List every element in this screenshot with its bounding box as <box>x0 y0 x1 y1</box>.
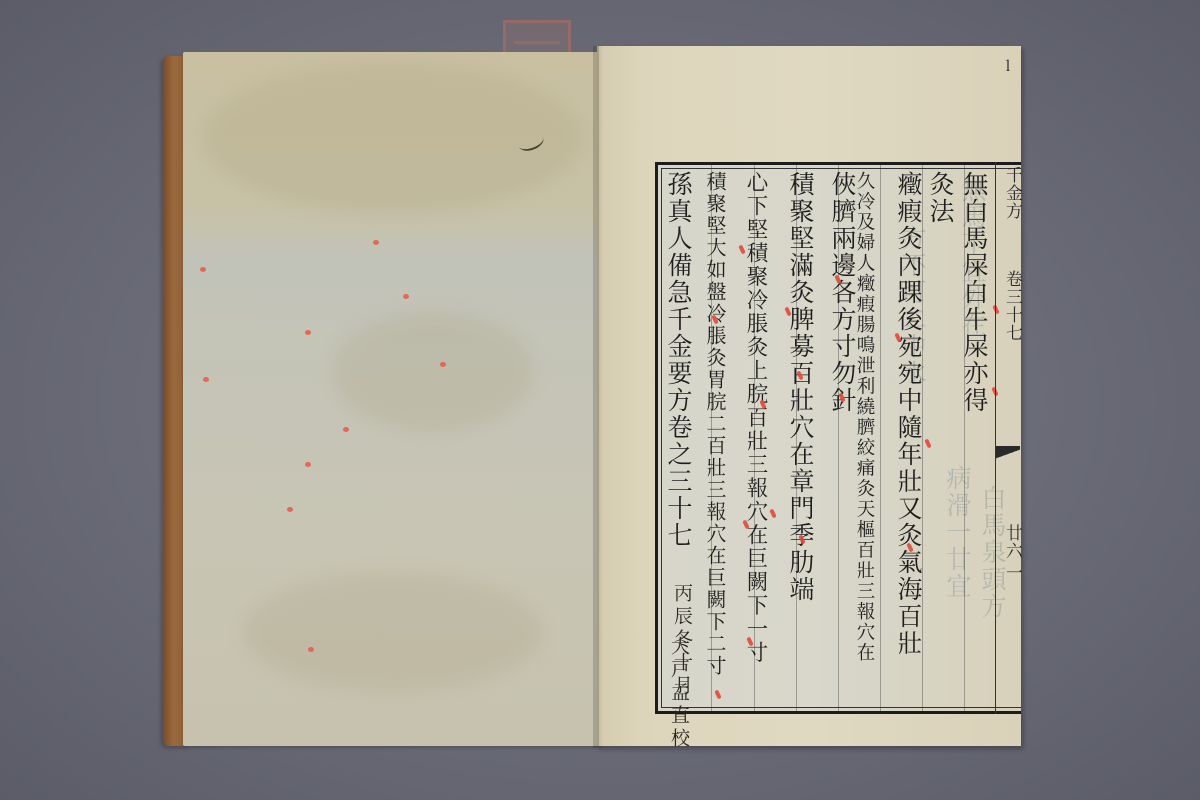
text-column-1: 無白馬屎白牛屎亦得 <box>960 171 988 414</box>
margin-title: 千金方 <box>1000 166 1025 220</box>
text-column-3: 癥瘕灸內踝後宛宛中隨年壯又灸氣海百壯 <box>894 171 922 657</box>
right-page-text: ｌ 無馬不宜外在 方不可二中水 病滑一廿宜 白馬泉頭方 無白馬屎白牛屎亦得 灸法… <box>597 46 1021 746</box>
printed-text-frame: 無馬不宜外在 方不可二中水 病滑一廿宜 白馬泉頭方 無白馬屎白牛屎亦得 灸法 癥… <box>655 162 1021 714</box>
colophon-collator: 大戸孟直校 <box>665 636 693 751</box>
text-column-5: 俠臍兩邊各方寸勿針 <box>828 171 856 414</box>
text-column-7: 心下堅積聚冷脹灸上脘百壯三報穴在巨闕下一寸 <box>744 171 767 665</box>
text-column-2-heading: 灸法 <box>926 171 954 225</box>
page-number-mark: ｌ <box>1001 56 1015 76</box>
margin-volume: 卷三十七 <box>1000 270 1025 342</box>
left-page-endpaper <box>183 52 601 746</box>
margin-section: 一 <box>1000 564 1025 582</box>
fishtail-mark <box>996 446 1020 460</box>
margin-leaf-number: 廿六 <box>1000 524 1025 560</box>
text-column-4: 久冷及婦人癥瘕腸鳴泄利繞臍絞痛灸天樞百壯三報穴在 <box>854 171 874 663</box>
text-column-8: 積聚堅大如盤冷脹灸胃脘二百壯三報穴在巨闕下二寸 <box>704 171 726 677</box>
colophon-title: 孫真人備急千金要方卷之三十七 <box>664 171 693 549</box>
gutter-shadow <box>593 46 603 748</box>
block-margin: 千金方 卷三十七 廿六 一 <box>995 162 1021 714</box>
